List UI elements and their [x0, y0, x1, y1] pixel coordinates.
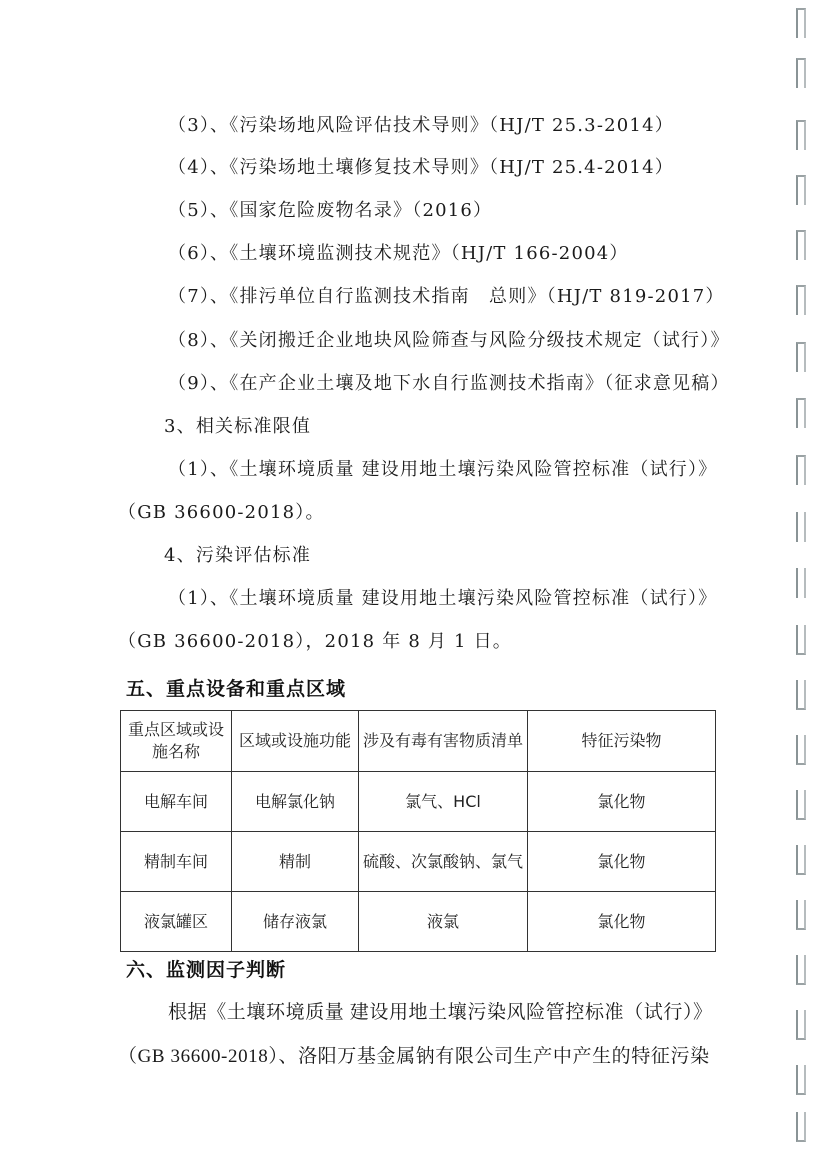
table-row: 电解车间 电解氯化钠 氯气、HCl 氯化物 [121, 772, 716, 832]
binding-mark-icon [796, 512, 806, 542]
table-row: 精制车间 精制 硫酸、次氯酸钠、氯气 氯化物 [121, 832, 716, 892]
table-cell: 氯化物 [528, 772, 716, 832]
binding-mark-icon [796, 342, 806, 372]
table-cell: 电解车间 [121, 772, 232, 832]
binding-mark-icon [796, 790, 806, 820]
table-header-cell: 重点区域或设施名称 [121, 711, 232, 772]
section-six-paragraph-line-1: 根据《土壤环境质量 建设用地土壤污染风险管控标准（试行）》 [168, 1002, 713, 1024]
table-cell: 电解氯化钠 [232, 772, 359, 832]
reference-item-4: （4）、《污染场地土壤修复技术导则》（HJ/T 25.4-2014） [168, 157, 674, 179]
table-header-row: 重点区域或设施名称 区域或设施功能 涉及有毒有害物质清单 特征污染物 [121, 711, 716, 772]
binding-mark-icon [796, 1010, 806, 1040]
binding-mark-icon [796, 625, 806, 655]
table-header-cell: 涉及有毒有害物质清单 [359, 711, 528, 772]
binding-mark-icon [796, 120, 806, 150]
section-3-item-1-line-2: （GB 36600-2018）。 [118, 502, 325, 524]
section-4-item-1-line-1: （1）、《土壤环境质量 建设用地土壤污染风险管控标准（试行）》 [168, 588, 717, 610]
reference-item-3: （3）、《污染场地风险评估技术导则》（HJ/T 25.3-2014） [168, 115, 674, 137]
section-six-heading: 六、监测因子判断 [126, 958, 286, 982]
table-cell: 储存液氯 [232, 892, 359, 952]
binding-mark-icon [796, 8, 806, 38]
table-row: 液氯罐区 储存液氯 液氯 氯化物 [121, 892, 716, 952]
table-cell: 氯化物 [528, 832, 716, 892]
table-cell: 液氯罐区 [121, 892, 232, 952]
table-cell: 氯化物 [528, 892, 716, 952]
binding-mark-icon [796, 398, 806, 428]
binding-mark-icon [796, 900, 806, 930]
binding-mark-icon [796, 58, 806, 88]
binding-mark-icon [796, 680, 806, 710]
section-3-title: 3、相关标准限值 [164, 416, 311, 438]
table-header-cell: 特征污染物 [528, 711, 716, 772]
reference-item-7: （7）、《排污单位自行监测技术指南 总则》（HJ/T 819-2017） [168, 286, 725, 308]
table-header-cell: 区域或设施功能 [232, 711, 359, 772]
reference-item-5: （5）、《国家危险废物名录》（2016） [168, 200, 492, 222]
binding-mark-icon [796, 175, 806, 205]
table-cell: 氯气、HCl [359, 772, 528, 832]
binding-mark-icon [796, 1112, 806, 1142]
binding-mark-icon [796, 285, 806, 315]
section-4-title: 4、污染评估标准 [164, 545, 311, 567]
section-4-item-1-line-2: （GB 36600-2018），2018 年 8 月 1 日。 [118, 631, 512, 653]
binding-mark-icon [796, 568, 806, 598]
table-cell: 精制车间 [121, 832, 232, 892]
binding-mark-icon [796, 1065, 806, 1095]
binding-mark-icon [796, 455, 806, 485]
table-cell: 液氯 [359, 892, 528, 952]
table-cell: 精制 [232, 832, 359, 892]
reference-item-8: （8）、《关闭搬迁企业地块风险筛查与风险分级技术规定（试行）》 [168, 330, 730, 352]
key-areas-table: 重点区域或设施名称 区域或设施功能 涉及有毒有害物质清单 特征污染物 电解车间 … [120, 710, 716, 952]
reference-item-6: （6）、《土壤环境监测技术规范》（HJ/T 166-2004） [168, 243, 629, 265]
reference-item-9: （9）、《在产企业土壤及地下水自行监测技术指南》（征求意见稿） [168, 373, 730, 395]
table-cell: 硫酸、次氯酸钠、氯气 [359, 832, 528, 892]
binding-mark-icon [796, 735, 806, 765]
section-3-item-1-line-1: （1）、《土壤环境质量 建设用地土壤污染风险管控标准（试行）》 [168, 459, 717, 481]
binding-mark-icon [796, 845, 806, 875]
binding-mark-icon [796, 230, 806, 260]
section-five-heading: 五、重点设备和重点区域 [126, 677, 346, 701]
section-six-paragraph-line-2: （GB 36600-2018）、洛阳万基金属钠有限公司生产中产生的特征污染 [118, 1046, 710, 1068]
binding-mark-icon [796, 955, 806, 985]
